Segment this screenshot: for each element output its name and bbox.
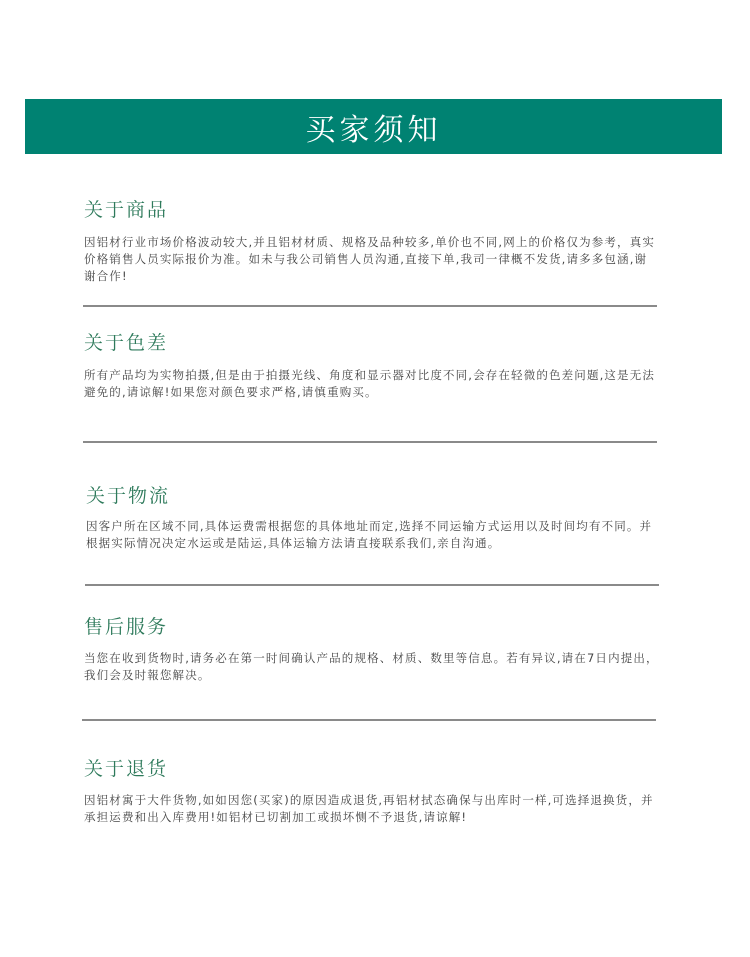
section-body-product: 因铝材行业市场价格波动较大,并且铝材材质、规格及品种较多,单价也不同,网上的价格… (84, 234, 659, 285)
page-title: 买家须知 (306, 105, 442, 149)
section-title-returns: 关于退货 (84, 754, 168, 781)
section-divider (83, 441, 657, 443)
section-body-returns: 因铝材寓于大件货物,如如因您(买家)的原因造成退货,再铝材拭态确保与出库时一样,… (84, 792, 659, 826)
section-divider (85, 584, 659, 586)
section-title-after-sales: 售后服务 (84, 612, 168, 639)
section-body-logistics: 因客户所在区域不同,具体运费需根据您的具体地址而定,选择不同运输方式运用以及时间… (86, 518, 661, 552)
section-divider (82, 719, 656, 721)
section-body-color-difference: 所有产品均为实物拍摄,但是由于拍摄光线、角度和显示器对比度不同,会存在轻微的色差… (84, 367, 659, 401)
section-title-logistics: 关于物流 (86, 481, 170, 508)
section-divider (83, 305, 657, 307)
section-title-product: 关于商品 (84, 195, 168, 222)
section-title-color-difference: 关于色差 (84, 328, 168, 355)
section-body-after-sales: 当您在收到货物时,请务必在第一时间确认产品的规格、材质、数里等信息。若有异议,请… (84, 650, 659, 684)
header-banner: 买家须知 (25, 99, 722, 154)
